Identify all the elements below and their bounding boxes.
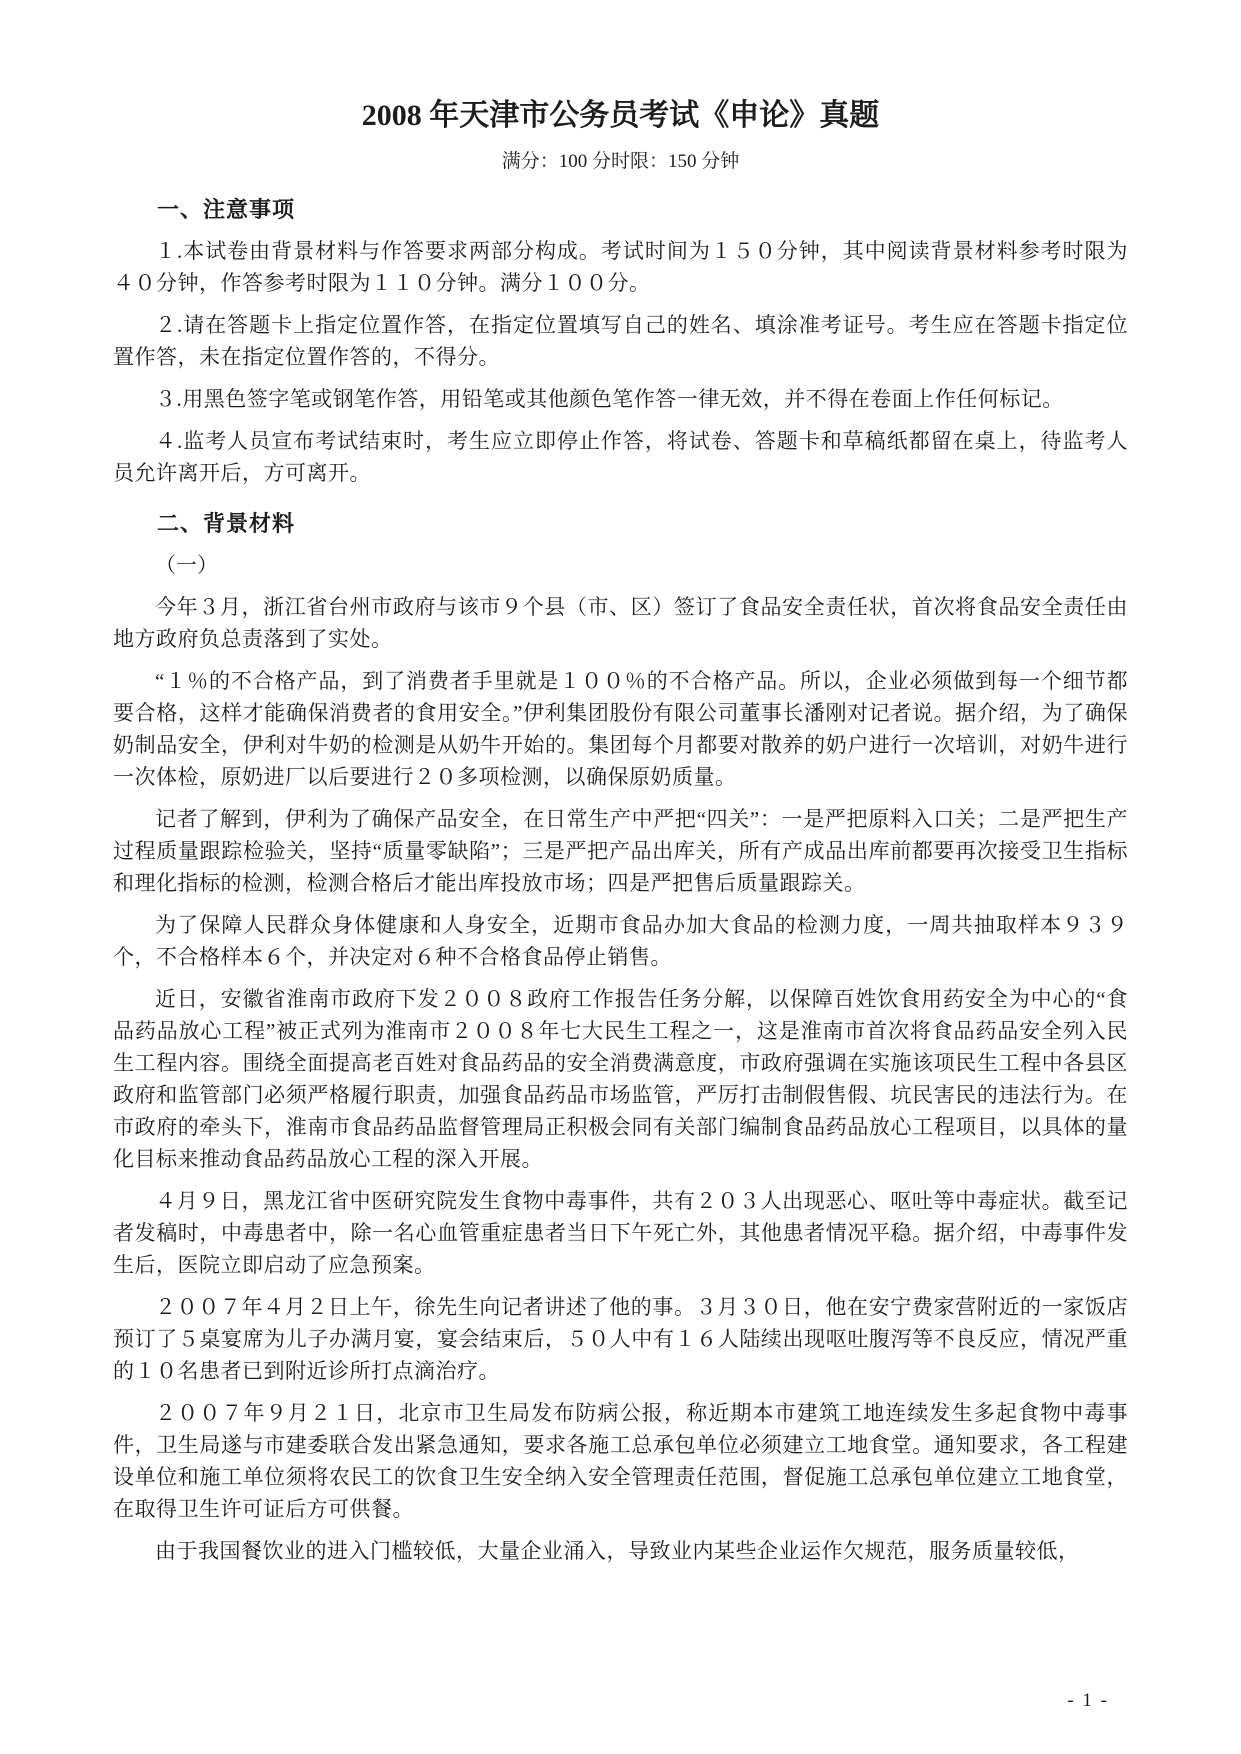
material-paragraph: 记者了解到，伊利为了确保产品安全，在日常生产中严把“四关”：一是严把原料入口关；… (113, 803, 1128, 899)
material-paragraph: 由于我国餐饮业的进入门槛较低，大量企业涌入，导致业内某些企业运作欠规范，服务质量… (113, 1535, 1128, 1567)
material-paragraph: ２００７年４月２日上午，徐先生向记者讲述了他的事。３月３０日，他在安宁费家营附近… (113, 1291, 1128, 1387)
page-subtitle: 满分：100 分时限：150 分钟 (113, 149, 1128, 175)
page-title: 2008 年天津市公务员考试《申论》真题 (113, 97, 1128, 135)
document-page: 2008 年天津市公务员考试《申论》真题 满分：100 分时限：150 分钟 一… (0, 0, 1241, 1754)
material-paragraph: 今年３月，浙江省台州市政府与该市９个县（市、区）签订了食品安全责任状，首次将食品… (113, 591, 1128, 655)
material-paragraph: ４月９日，黑龙江省中医研究院发生食物中毒事件，共有２０３人出现恶心、呕吐等中毒症… (113, 1185, 1128, 1281)
material-paragraph: 近日，安徽省淮南市政府下发２００８政府工作报告任务分解，以保障百姓饮食用药安全为… (113, 983, 1128, 1175)
material-paragraph: 为了保障人民群众身体健康和人身安全，近期市食品办加大食品的检测力度，一周共抽取样… (113, 909, 1128, 973)
material-paragraph: “１％的不合格产品，到了消费者手里就是１００％的不合格产品。所以，企业必须做到每… (113, 665, 1128, 793)
material-part-label: （一） (113, 549, 1128, 581)
notice-item: １.本试卷由背景材料与作答要求两部分构成。考试时间为１５０分钟，其中阅读背景材料… (113, 235, 1128, 299)
notice-item: ２.请在答题卡上指定位置作答，在指定位置填写自己的姓名、填涂准考证号。考生应在答… (113, 309, 1128, 373)
page-number: - 1 - (1067, 1690, 1109, 1712)
material-paragraph: ２００７年９月２１日，北京市卫生局发布防病公报，称近期本市建筑工地连续发生多起食… (113, 1397, 1128, 1525)
notice-item: ４.监考人员宣布考试结束时，考生应立即停止作答，将试卷、答题卡和草稿纸都留在桌上… (113, 425, 1128, 489)
document-content: 2008 年天津市公务员考试《申论》真题 满分：100 分时限：150 分钟 一… (113, 97, 1128, 1577)
section-heading-notice: 一、注意事项 (113, 195, 1128, 225)
notice-item: ３.用黑色签字笔或钢笔作答，用铅笔或其他颜色笔作答一律无效，并不得在卷面上作任何… (113, 383, 1128, 415)
section-heading-materials: 二、背景材料 (113, 509, 1128, 539)
